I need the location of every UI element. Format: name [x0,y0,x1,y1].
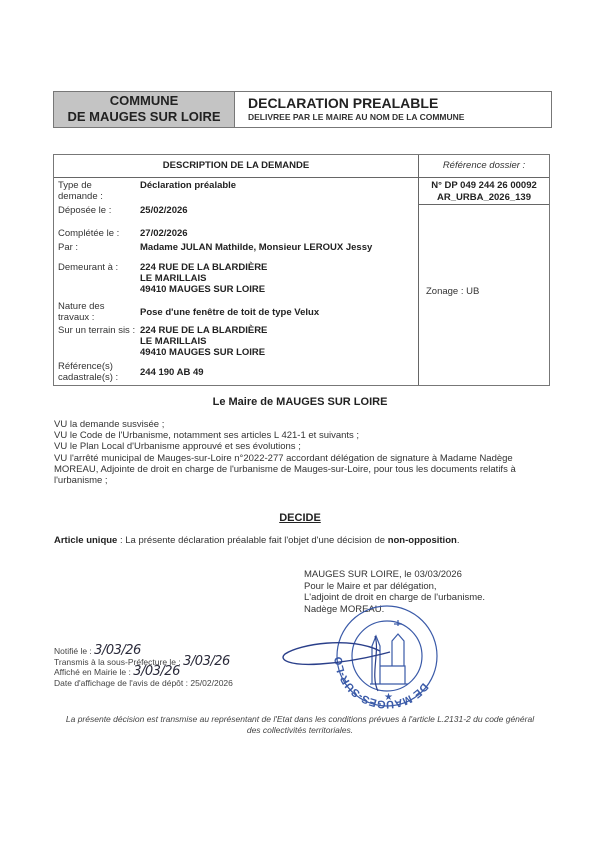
row-label: Nature destravaux : [58,301,140,323]
row-value: 244 190 AB 49 [140,367,410,378]
row-value: 224 RUE DE LA BLARDIÈRELE MARILLAIS49410… [140,262,410,295]
row-value: 25/02/2026 [140,205,410,216]
zonage: Zonage : UB [426,286,479,297]
notifie-label: Notifié le : [54,646,92,656]
official-stamp: DE MAUGES-SUR-LOIRE ★ [280,596,450,716]
signature-line: Pour le Maire et par délégation, [304,581,485,593]
row-label: Complétée le : [58,228,140,239]
footer-line-1: La présente décision est transmise au re… [50,714,550,725]
svg-text:★: ★ [384,692,393,703]
row-label: Type dedemande : [58,180,140,202]
commune-box: COMMUNE DE MAUGES SUR LOIRE [54,92,235,127]
vu-list: VU la demande susvisée ;VU le Code de l'… [54,419,544,486]
article-text-1: : La présente déclaration préalable fait… [117,535,387,546]
reference-box: N° DP 049 244 26 00092 AR_URBA_2026_139 [419,178,549,205]
reference-code: AR_URBA_2026_139 [419,192,549,204]
transmis-value: 3/03/26 [183,654,230,669]
row-value: 224 RUE DE LA BLARDIÈRELE MARILLAIS49410… [140,325,410,358]
row-label: Référence(s)cadastrale(s) : [58,361,140,383]
row-label: Sur un terrain sis : [58,325,140,336]
row-value: 27/02/2026 [140,228,410,239]
reference-number: N° DP 049 244 26 00092 [419,180,549,192]
affiche-label: Affiché en Mairie le : [54,667,131,677]
reference-title: Référence dossier : [419,160,549,171]
title-box: DECLARATION PREALABLE DELIVREE PAR LE MA… [235,92,551,127]
footer-line-2: des collectivités territoriales. [50,725,550,736]
document-header: COMMUNE DE MAUGES SUR LOIRE DECLARATION … [53,91,552,128]
article-label: Article unique [54,535,117,546]
decide-heading: DECIDE [0,512,600,524]
vu-item: VU l'arrêté municipal de Mauges-sur-Loir… [54,453,544,464]
maire-title: Le Maire de MAUGES SUR LOIRE [0,396,600,408]
signature-line: MAUGES SUR LOIRE, le 03/03/2026 [304,569,485,581]
document-title: DECLARATION PREALABLE [248,95,551,111]
vu-item: MOREAU, Adjointe de droit en charge de l… [54,464,544,475]
affiche-value: 3/03/26 [133,664,180,679]
row-value: Madame JULAN Mathilde, Monsieur LEROUX J… [140,242,410,253]
row-value: Déclaration préalable [140,180,410,191]
row-label: Par : [58,242,140,253]
legal-footer: La présente décision est transmise au re… [50,714,550,736]
row-label: Demeurant à : [58,262,140,273]
description-title: DESCRIPTION DE LA DEMANDE [54,160,418,171]
article-text-2: . [457,535,460,546]
vu-item: l'urbanisme ; [54,475,544,486]
row-label: Déposée le : [58,205,140,216]
article-decision: non-opposition [388,535,457,546]
document-subtitle: DELIVREE PAR LE MAIRE AU NOM DE LA COMMU… [248,111,551,123]
vu-item: VU le Plan Local d'Urbanisme approuvé et… [54,441,544,452]
svg-text:DE MAUGES-SUR-LOIRE: DE MAUGES-SUR-LOIRE [280,596,430,710]
notification-block: Notifié le : 3/03/26 Transmis à la sous-… [54,646,233,688]
description-table: DESCRIPTION DE LA DEMANDE Référence doss… [53,154,550,386]
affichage-avis: Date d'affichage de l'avis de dépôt : 25… [54,678,233,689]
commune-line-1: COMMUNE [54,93,234,109]
vu-item: VU le Code de l'Urbanisme, notamment ses… [54,430,544,441]
stamp-text: DE MAUGES-SUR-LOIRE [280,596,430,710]
row-value: Pose d'une fenêtre de toit de type Velux [140,307,410,318]
commune-line-2: DE MAUGES SUR LOIRE [54,109,234,125]
affiche-row: Affiché en Mairie le : 3/03/26 [54,667,233,678]
vu-item: VU la demande susvisée ; [54,419,544,430]
article-unique: Article unique : La présente déclaration… [54,535,459,546]
